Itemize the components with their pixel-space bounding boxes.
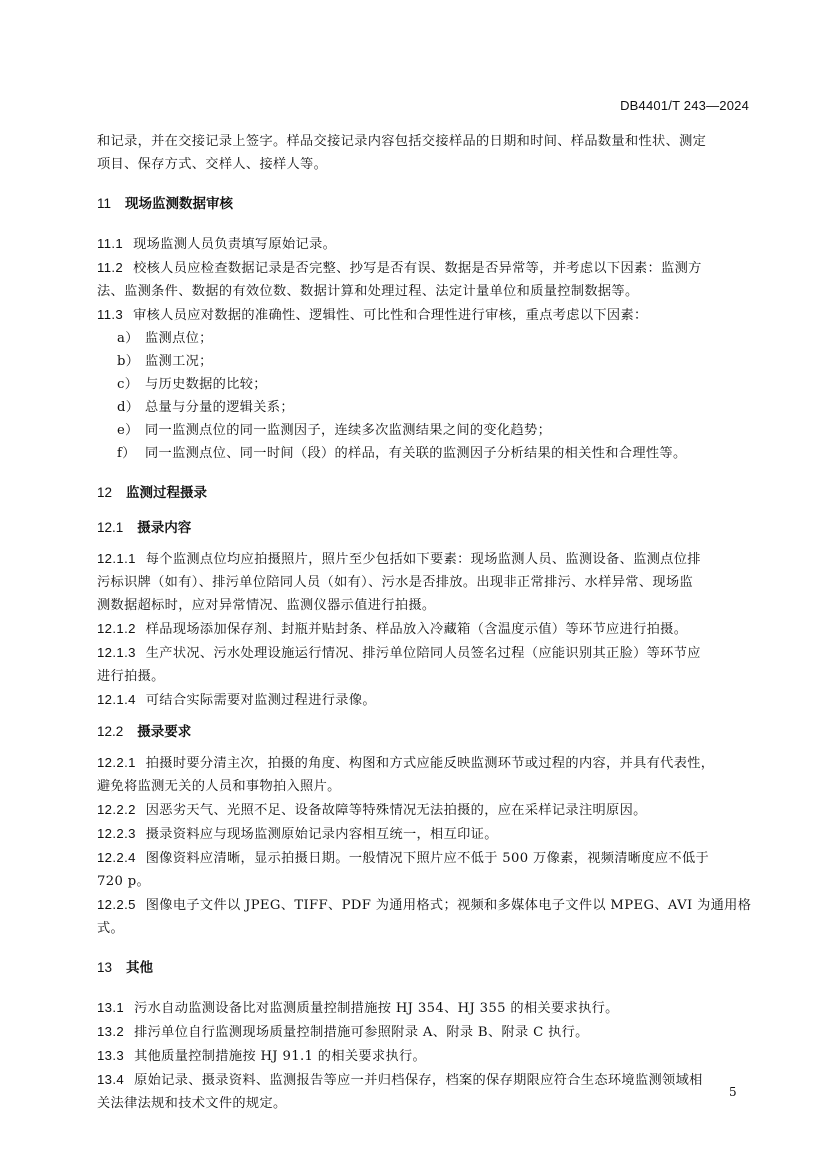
clause-number: 12.2.2 (97, 798, 136, 821)
section-title: 现场监测数据审核 (125, 196, 233, 212)
clause-text: 现场监测人员负责填写原始记录。 (133, 237, 336, 252)
clause-number: 13.4 (97, 1068, 124, 1091)
clause-text: 式。 (97, 917, 751, 940)
clause-text: 校核人员应检查数据记录是否完整、抄写是否有误、数据是否异常等，并考虑以下因素：监… (133, 261, 702, 276)
clause-12-2-1: 12.2.1拍摄时要分清主次，拍摄的角度、构图和方式应能反映监测环节或过程的内容… (97, 751, 751, 798)
list-text: 监测点位； (145, 331, 213, 346)
clause-11-1: 11.1现场监测人员负责填写原始记录。 (97, 232, 751, 256)
text-line: 和记录，并在交接记录上签字。样品交接记录内容包括交接样品的日期和时间、样品数量和… (97, 130, 751, 153)
clause-12-2-5: 12.2.5图像电子文件以 JPEG、TIFF、PDF 为通用格式；视频和多媒体… (97, 893, 751, 940)
clause-number: 12.2.4 (97, 846, 136, 869)
section-title: 其他 (126, 960, 153, 976)
subsection-heading-12-1: 12.1摄录内容 (97, 517, 751, 539)
section-heading-13: 13其他 (97, 957, 751, 979)
document-id: DB4401/T 243—2024 (620, 98, 749, 113)
clause-text: 拍摄时要分清主次，拍摄的角度、构图和方式应能反映监测环节或过程的内容，并具有代表… (146, 756, 715, 771)
subsection-heading-12-2: 12.2摄录要求 (97, 721, 751, 743)
clause-12-2-4: 12.2.4图像资料应清晰，显示拍摄日期。一般情况下照片应不低于 500 万像素… (97, 846, 751, 893)
subsection-number: 12.2 (97, 721, 123, 743)
clause-text: 图像资料应清晰，显示拍摄日期。一般情况下照片应不低于 500 万像素，视频清晰度… (146, 851, 709, 866)
list-text: 同一监测点位的同一监测因子，连续多次监测结果之间的变化趋势； (145, 423, 551, 438)
clause-13-1: 13.1污水自动监测设备比对监测质量控制措施按 HJ 354、HJ 355 的相… (97, 996, 751, 1020)
clause-13-2: 13.2排污单位自行监测现场质量控制措施可参照附录 A、附录 B、附录 C 执行… (97, 1020, 751, 1044)
document-page: DB4401/T 243—2024 和记录，并在交接记录上签字。样品交接记录内容… (0, 0, 826, 1169)
section-heading-11: 11现场监测数据审核 (97, 193, 751, 215)
clause-11-3: 11.3审核人员应对数据的准确性、逻辑性、可比性和合理性进行审核，重点考虑以下因… (97, 303, 751, 327)
clause-text: 法、监测条件、数据的有效位数、数据计算和处理过程、法定计量单位和质量控制数据等。 (97, 280, 751, 303)
list-marker: b） (117, 350, 145, 373)
intro-paragraph: 和记录，并在交接记录上签字。样品交接记录内容包括交接样品的日期和时间、样品数量和… (97, 130, 751, 176)
clause-11-2: 11.2校核人员应检查数据记录是否完整、抄写是否有误、数据是否异常等，并考虑以下… (97, 256, 751, 303)
clause-number: 12.1.2 (97, 617, 136, 640)
list-marker: f） (117, 442, 145, 465)
clause-12-1-4: 12.1.4可结合实际需要对监测过程进行录像。 (97, 688, 751, 712)
list-text: 与历史数据的比较； (145, 377, 267, 392)
list-text: 同一监测点位、同一时间（段）的样品，有关联的监测因子分析结果的相关性和合理性等。 (145, 446, 687, 461)
clause-13-3: 13.3其他质量控制措施按 HJ 91.1 的相关要求执行。 (97, 1044, 751, 1068)
list-text: 总量与分量的逻辑关系； (145, 400, 294, 415)
list-marker: e） (117, 419, 145, 442)
clause-number: 11.1 (97, 232, 123, 255)
clause-number: 13.2 (97, 1020, 124, 1043)
clause-number: 13.1 (97, 996, 124, 1019)
page-content: 和记录，并在交接记录上签字。样品交接记录内容包括交接样品的日期和时间、样品数量和… (97, 130, 751, 1115)
clause-text: 污标识牌（如有）、排污单位陪同人员（如有）、污水是否排放。出现非正常排污、水样异… (97, 571, 751, 594)
clause-12-2-3: 12.2.3摄录资料应与现场监测原始记录内容相互统一，相互印证。 (97, 822, 751, 846)
list-item: b）监测工况； (97, 350, 751, 373)
factor-list: a）监测点位； b）监测工况； c）与历史数据的比较； d）总量与分量的逻辑关系… (97, 327, 751, 465)
clause-text: 原始记录、摄录资料、监测报告等应一并归档保存，档案的保存期限应符合生态环境监测领… (134, 1073, 703, 1088)
clause-number: 12.1.3 (97, 641, 136, 664)
section-number: 11 (97, 193, 111, 215)
clause-text: 样品现场添加保存剂、封瓶并贴封条、样品放入冷藏箱（含温度示值）等环节应进行拍摄。 (146, 622, 688, 637)
section-heading-12: 12监测过程摄录 (97, 482, 751, 504)
clause-number: 13.3 (97, 1044, 124, 1067)
clause-number: 12.2.1 (97, 751, 136, 774)
clause-12-2-2: 12.2.2因恶劣天气、光照不足、设备故障等特殊情况无法拍摄的，应在采样记录注明… (97, 798, 751, 822)
clause-12-1-3: 12.1.3生产状况、污水处理设施运行情况、排污单位陪同人员签名过程（应能识别其… (97, 641, 751, 688)
clause-text: 可结合实际需要对监测过程进行录像。 (146, 693, 376, 708)
clause-number: 11.2 (97, 256, 123, 279)
section-number: 12 (97, 482, 112, 504)
clause-number: 12.2.5 (97, 893, 136, 916)
clause-text: 进行拍摄。 (97, 665, 751, 688)
clause-text: 摄录资料应与现场监测原始记录内容相互统一，相互印证。 (146, 827, 498, 842)
list-marker: a） (117, 327, 145, 350)
clause-text: 排污单位自行监测现场质量控制措施可参照附录 A、附录 B、附录 C 执行。 (134, 1025, 589, 1040)
clause-number: 11.3 (97, 303, 123, 326)
clause-text: 图像电子文件以 JPEG、TIFF、PDF 为通用格式；视频和多媒体电子文件以 … (146, 898, 752, 913)
clause-number: 12.1.1 (97, 547, 136, 570)
text-line: 项目、保存方式、交样人、接样人等。 (97, 153, 751, 176)
clause-text: 关法律法规和技术文件的规定。 (97, 1092, 751, 1115)
subsection-number: 12.1 (97, 517, 123, 539)
subsection-title: 摄录要求 (137, 724, 191, 740)
clause-text: 因恶劣天气、光照不足、设备故障等特殊情况无法拍摄的，应在采样记录注明原因。 (146, 803, 647, 818)
list-text: 监测工况； (145, 354, 213, 369)
section-number: 13 (97, 957, 112, 979)
list-marker: c） (117, 373, 145, 396)
list-item: d）总量与分量的逻辑关系； (97, 396, 751, 419)
clause-number: 12.1.4 (97, 688, 136, 711)
clause-text: 生产状况、污水处理设施运行情况、排污单位陪同人员签名过程（应能识别其正脸）等环节… (146, 646, 701, 661)
clause-text: 审核人员应对数据的准确性、逻辑性、可比性和合理性进行审核，重点考虑以下因素： (133, 308, 647, 323)
clause-number: 12.2.3 (97, 822, 136, 845)
clause-12-1-2: 12.1.2样品现场添加保存剂、封瓶并贴封条、样品放入冷藏箱（含温度示值）等环节… (97, 617, 751, 641)
clause-text: 避免将监测无关的人员和事物拍入照片。 (97, 775, 751, 798)
list-item: f）同一监测点位、同一时间（段）的样品，有关联的监测因子分析结果的相关性和合理性… (97, 442, 751, 465)
clause-text: 测数据超标时，应对异常情况、监测仪器示值进行拍摄。 (97, 594, 751, 617)
section-title: 监测过程摄录 (126, 485, 207, 501)
list-item: c）与历史数据的比较； (97, 373, 751, 396)
clause-12-1-1: 12.1.1每个监测点位均应拍摄照片，照片至少包括如下要素：现场监测人员、监测设… (97, 547, 751, 617)
list-marker: d） (117, 396, 145, 419)
clause-text: 720 p。 (97, 870, 751, 893)
list-item: a）监测点位； (97, 327, 751, 350)
clause-text: 其他质量控制措施按 HJ 91.1 的相关要求执行。 (134, 1049, 426, 1064)
clause-13-4: 13.4原始记录、摄录资料、监测报告等应一并归档保存，档案的保存期限应符合生态环… (97, 1068, 751, 1115)
subsection-title: 摄录内容 (137, 520, 191, 536)
clause-text: 污水自动监测设备比对监测质量控制措施按 HJ 354、HJ 355 的相关要求执… (134, 1001, 619, 1016)
list-item: e）同一监测点位的同一监测因子，连续多次监测结果之间的变化趋势； (97, 419, 751, 442)
page-number: 5 (729, 1085, 737, 1099)
clause-text: 每个监测点位均应拍摄照片，照片至少包括如下要素：现场监测人员、监测设备、监测点位… (146, 552, 701, 567)
